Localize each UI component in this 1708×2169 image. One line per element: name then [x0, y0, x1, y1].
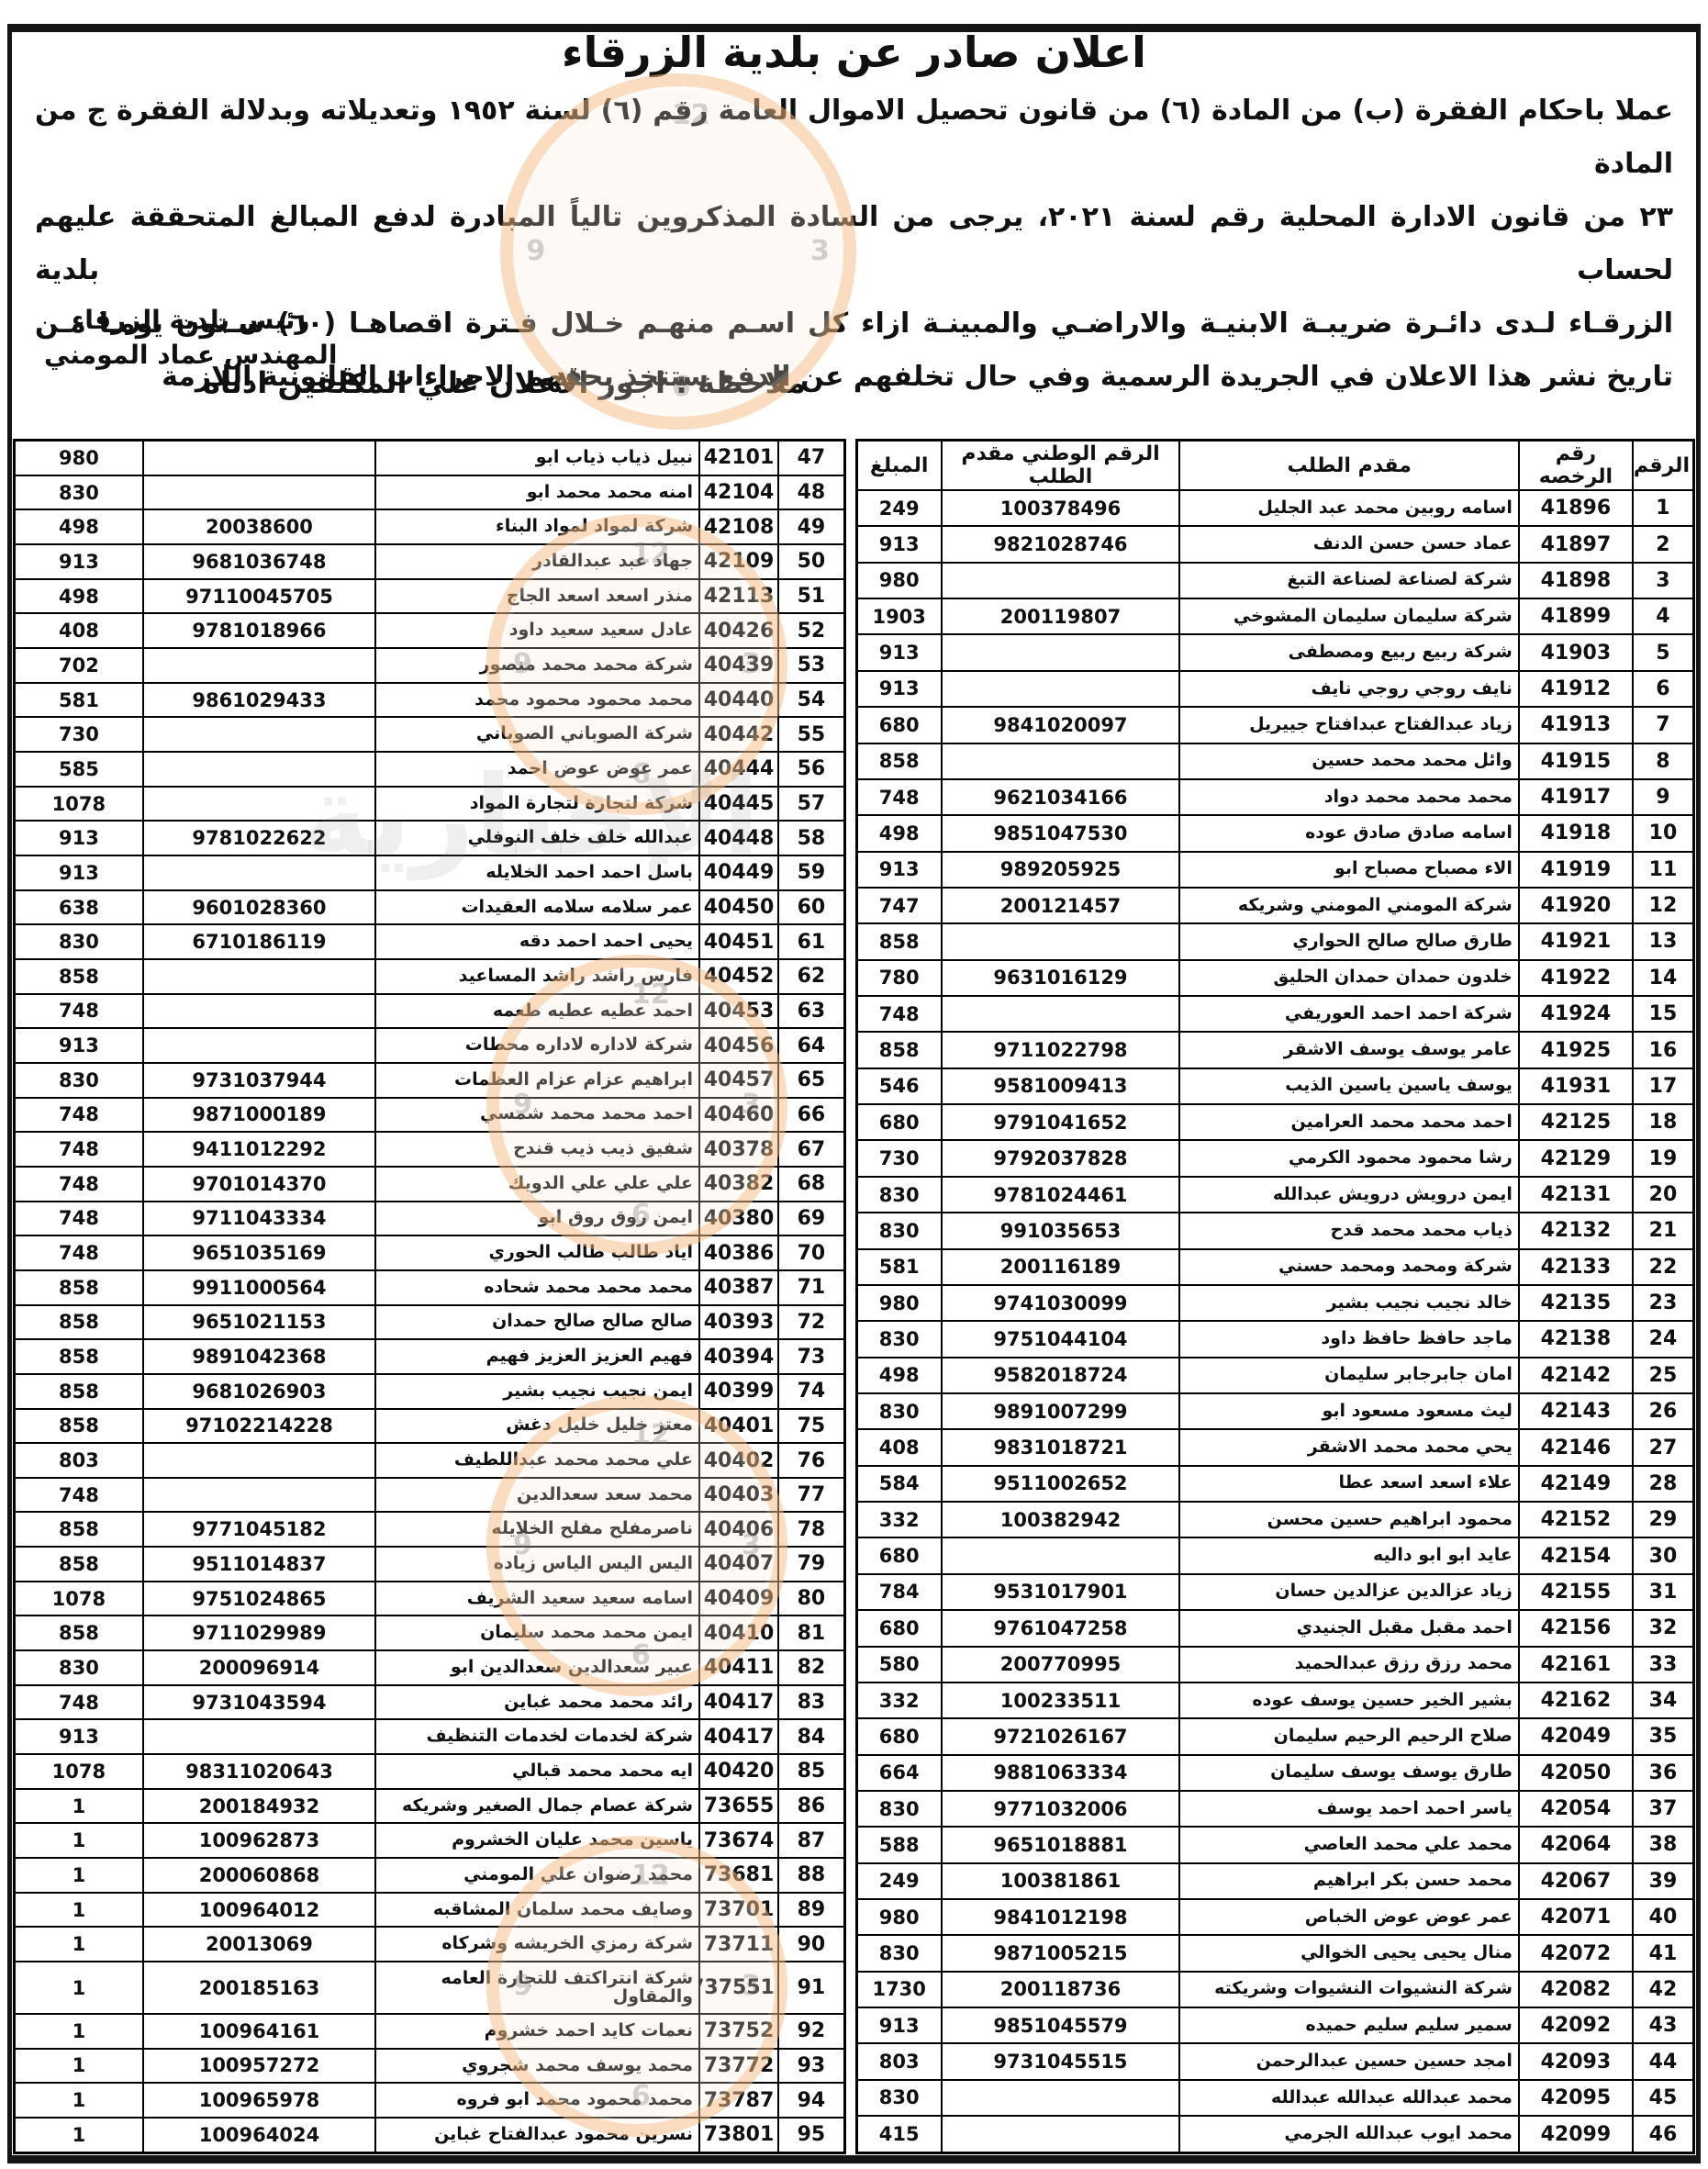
table-row: 4742101نبيل ذياب ذياب ابو980	[15, 441, 845, 475]
cell-amount: 830	[15, 475, 143, 510]
table-row: 7340394فهيم العزيز العزيز فهيم9891042368…	[15, 1339, 845, 1374]
cell-license: 42142	[1519, 1358, 1633, 1393]
cell-name: محمد محمود محمد ابو فروه	[375, 2083, 699, 2118]
cell-index: 5	[1633, 634, 1694, 670]
cell-national: 9631016129	[942, 960, 1180, 996]
cell-license: 40442	[699, 717, 778, 752]
cell-amount: 546	[856, 1068, 941, 1104]
table-row: 7940407اليس اليس الياس زياده951101483785…	[15, 1547, 845, 1582]
table-row: 6740378شفيق ذيب ذيب قندح9411012292748	[15, 1132, 845, 1167]
table-row: 3542049صلاح الرحيم الرحيم سليمان97210261…	[856, 1718, 1693, 1754]
cell-amount: 748	[15, 1685, 143, 1720]
cell-amount: 680	[856, 1537, 941, 1573]
cell-name: نعمات كايد احمد خشروم	[375, 2014, 699, 2049]
cell-index: 85	[778, 1754, 844, 1789]
cell-national: 9751024865	[143, 1582, 375, 1616]
cell-name: امنه محمد محمد ابو	[375, 475, 699, 510]
announcement-line: عملا باحكام الفقرة (ب) من المادة (٦) من …	[35, 84, 1673, 191]
cell-license: 40449	[699, 855, 778, 890]
cell-index: 14	[1633, 960, 1694, 996]
cell-license: 40440	[699, 683, 778, 718]
cell-national	[942, 996, 1180, 1032]
cell-amount: 580	[856, 1647, 941, 1683]
cell-name: علاء اسعد اسعد عطا	[1179, 1466, 1518, 1502]
table-row: 3342161محمد رزق رزق عبدالحميد20077099558…	[856, 1647, 1693, 1683]
cell-license: 42099	[1519, 2116, 1633, 2152]
cell-license: 40399	[699, 1374, 778, 1409]
cell-national: 100962873	[143, 1823, 375, 1858]
cell-national: 9871000189	[143, 1098, 375, 1133]
table-row: 1741931يوسف ياسين ياسين الذيب95810094135…	[856, 1068, 1693, 1104]
cell-license: 40451	[699, 924, 778, 959]
cell-national: 9711043334	[143, 1202, 375, 1236]
cell-name: شركة رمزي الخريشه وشركاه	[375, 1927, 699, 1962]
cell-amount: 1	[15, 1927, 143, 1962]
cell-national: 9511002652	[942, 1466, 1180, 1502]
table-row: 6640460احمد محمد محمد شمسي9871000189748	[15, 1098, 845, 1133]
cell-name: ايمن محمد محمد سليمان	[375, 1616, 699, 1650]
table-row: 241897عماد حسن حسن الدنف9821028746913	[856, 526, 1693, 562]
cell-amount: 780	[856, 960, 941, 996]
cell-amount: 680	[856, 1610, 941, 1646]
cell-national: 9871005215	[942, 1935, 1180, 1971]
cell-amount: 747	[856, 888, 941, 923]
cell-index: 13	[1633, 923, 1694, 959]
cell-name: الاء مصباح مصباح ابو	[1179, 852, 1518, 888]
cell-amount: 830	[856, 1393, 941, 1429]
cell-national: 97110045705	[143, 579, 375, 614]
cell-national: 100957272	[143, 2049, 375, 2084]
cell-national: 9911000564	[143, 1270, 375, 1305]
cell-name: منال يحيى يحيى الخوالي	[1179, 1935, 1518, 1971]
cell-license: 42054	[1519, 1791, 1633, 1827]
cell-license: 42138	[1519, 1321, 1633, 1357]
cell-index: 95	[778, 2118, 844, 2153]
cell-index: 59	[778, 855, 844, 890]
cell-license: 41913	[1519, 707, 1633, 743]
cell-name: محمد يوسف محمد شجروي	[375, 2049, 699, 2084]
cell-name: ايمن درويش درويش عبدالله	[1179, 1177, 1518, 1213]
cell-license: 42162	[1519, 1683, 1633, 1718]
cell-name: محمد سعد سعدالدين	[375, 1478, 699, 1513]
cell-license: 42082	[1519, 1972, 1633, 2007]
table-row: 2742146يحي محمد محمد الاشقر9831018721408	[856, 1429, 1693, 1465]
cell-name: ايمن روق روق ابو	[375, 1202, 699, 1236]
cell-amount: 858	[15, 1305, 143, 1340]
cell-name: عماد حسن حسن الدنف	[1179, 526, 1518, 562]
table-row: 6440456شركة لاداره لاداره محطات913	[15, 1028, 845, 1063]
table-row: 1942129رشا محمود محمود الكرمي97920378287…	[856, 1140, 1693, 1176]
table-row: 9273752نعمات كايد احمد خشروم1009641611	[15, 2014, 845, 2049]
table-row: 441899شركة سليمان سليمان المشوخي20011980…	[856, 598, 1693, 634]
cell-name: امان جابرجابر سليمان	[1179, 1358, 1518, 1393]
cell-amount: 1	[15, 1789, 143, 1824]
cell-amount: 858	[856, 923, 941, 959]
cell-name: سمير سليم سليم حميده	[1179, 2007, 1518, 2043]
table-row: 8773674ياسين محمد عليان الخشروم100962873…	[15, 1823, 845, 1858]
cell-license: 42156	[1519, 1610, 1633, 1646]
cell-name: رشا محمود محمود الكرمي	[1179, 1140, 1518, 1176]
cell-national	[143, 1719, 375, 1754]
cell-name: احمد مقبل مقبل الجنيدي	[1179, 1610, 1518, 1646]
cell-index: 66	[778, 1098, 844, 1133]
cell-index: 33	[1633, 1647, 1694, 1683]
cell-index: 64	[778, 1028, 844, 1063]
cell-index: 58	[778, 821, 844, 855]
cell-index: 7	[1633, 707, 1694, 743]
cell-name: عبير سعدالدين سعدالدين ابو	[375, 1650, 699, 1685]
cell-name: محمد حسن بكر ابراهيم	[1179, 1863, 1518, 1899]
cell-index: 92	[778, 2014, 844, 2049]
cell-name: احمد عطيه عطيه طعمه	[375, 994, 699, 1029]
cell-index: 43	[1633, 2007, 1694, 2043]
cell-license: 41924	[1519, 996, 1633, 1032]
cell-license: 41922	[1519, 960, 1633, 996]
cell-license: 42049	[1519, 1718, 1633, 1754]
cell-name: اياد طالب طالب الحوري	[375, 1235, 699, 1270]
cell-index: 49	[778, 509, 844, 544]
cell-amount: 585	[15, 752, 143, 787]
cell-amount: 1903	[856, 598, 941, 634]
cell-amount: 581	[856, 1249, 941, 1285]
table-row: 341898شركة لصناعة لصناعة التبغ980	[856, 563, 1693, 598]
cell-index: 55	[778, 717, 844, 752]
cell-amount: 803	[15, 1443, 143, 1478]
table-row: 9473787محمد محمود محمد ابو فروه100965978…	[15, 2083, 845, 2118]
cell-amount: 784	[856, 1574, 941, 1610]
cell-national	[942, 1537, 1180, 1573]
cell-national: 9891007299	[942, 1393, 1180, 1429]
cell-amount: 913	[856, 852, 941, 888]
cell-national: 9511014837	[143, 1547, 375, 1582]
cell-name: معتز خليل خليل دغش	[375, 1409, 699, 1444]
table-row: 6340453احمد عطيه عطيه طعمه748	[15, 994, 845, 1029]
cell-amount: 1078	[15, 1754, 143, 1789]
cell-license: 40386	[699, 1235, 778, 1270]
cell-amount: 249	[856, 1863, 941, 1899]
cell-amount: 913	[15, 1028, 143, 1063]
cell-license: 40380	[699, 1202, 778, 1236]
cell-national: 200185163	[143, 1962, 375, 2014]
cell-amount: 1	[15, 2049, 143, 2084]
announcement-page: اعلان صادر عن بلدية الزرقاء عملا باحكام …	[0, 0, 1708, 2169]
header-national-id: الرقم الوطني مقدم الطلب	[942, 441, 1180, 491]
cell-index: 42	[1633, 1972, 1694, 2007]
cell-national	[143, 475, 375, 510]
cell-national	[143, 717, 375, 752]
cell-index: 35	[1633, 1718, 1694, 1754]
page-title: اعلان صادر عن بلدية الزرقاء	[0, 28, 1708, 77]
cell-index: 32	[1633, 1610, 1694, 1646]
table-row: 6540457ابراهيم عزام عزام العظمات97310379…	[15, 1063, 845, 1098]
table-row: 1241920شركة المومني المومني وشريكه200121…	[856, 888, 1693, 923]
cell-national: 100382942	[942, 1502, 1180, 1537]
cell-name: علي علي علي الدويك	[375, 1167, 699, 1202]
cell-name: صلاح الرحيم الرحيم سليمان	[1179, 1718, 1518, 1754]
cell-license: 73681	[699, 1858, 778, 1893]
cell-amount: 913	[15, 1719, 143, 1754]
cell-license: 42152	[1519, 1502, 1633, 1537]
cell-national: 100964024	[143, 2118, 375, 2153]
cell-name: ايمن نجيب نجيب بشير	[375, 1374, 699, 1409]
cell-name: بشير الخير حسين يوسف عوده	[1179, 1683, 1518, 1718]
cell-license: 40420	[699, 1754, 778, 1789]
cell-amount: 858	[15, 959, 143, 994]
cell-national: 9681026903	[143, 1374, 375, 1409]
table-right-wrap: الرقم رقم الرخصه مقدم الطلب الرقم الوطني…	[855, 439, 1695, 2154]
cell-national: 9731037944	[143, 1063, 375, 1098]
cell-name: خلدون حمدان حمدان الحليق	[1179, 960, 1518, 996]
cell-amount: 332	[856, 1502, 941, 1537]
cell-name: اسامه روبين محمد عبد الجليل	[1179, 490, 1518, 526]
cell-index: 53	[778, 648, 844, 683]
cell-amount: 913	[15, 544, 143, 579]
cell-index: 80	[778, 1582, 844, 1616]
cell-amount: 830	[15, 1063, 143, 1098]
cell-license: 40409	[699, 1582, 778, 1616]
table-row: 5540442شركة الصوباني الصوباني730	[15, 717, 845, 752]
cell-name: يحي محمد محمد الاشقر	[1179, 1429, 1518, 1465]
cell-index: 37	[1633, 1791, 1694, 1827]
table-row: 4142072منال يحيى يحيى الخوالي98710052158…	[856, 1935, 1693, 1971]
cell-national: 9851045579	[942, 2007, 1180, 2043]
cell-license: 40402	[699, 1443, 778, 1478]
cell-index: 15	[1633, 996, 1694, 1032]
cell-name: نبيل ذياب ذياب ابو	[375, 441, 699, 475]
cell-index: 12	[1633, 888, 1694, 923]
table-row: 8973701وصايف محمد سلمان المشاقبه10096401…	[15, 1893, 845, 1928]
cell-name: شركة لصناعة لصناعة التبغ	[1179, 563, 1518, 598]
table-row: 1341921طارق صالح صالح الحواري858	[856, 923, 1693, 959]
cell-national: 9711022798	[942, 1032, 1180, 1068]
table-row: 6840382علي علي علي الدويك9701014370748	[15, 1167, 845, 1202]
cell-index: 23	[1633, 1285, 1694, 1321]
cell-license: 41918	[1519, 815, 1633, 851]
cell-license: 73674	[699, 1823, 778, 1858]
cell-amount: 588	[856, 1827, 941, 1862]
cell-amount: 748	[15, 1235, 143, 1270]
table-row: 2942152محمود ابراهيم حسين محسن1003829423…	[856, 1502, 1693, 1537]
table-row: 1041918اسامه صادق صادق عوده9851047530498	[856, 815, 1693, 851]
cell-national: 9741030099	[942, 1285, 1180, 1321]
cell-national: 100381861	[942, 1863, 1180, 1899]
cell-amount: 830	[15, 924, 143, 959]
table-row: 4842104امنه محمد محمد ابو830	[15, 475, 845, 510]
cell-index: 27	[1633, 1429, 1694, 1465]
cell-national: 9761047258	[942, 1610, 1180, 1646]
cell-name: شركة عصام جمال الصغير وشريكه	[375, 1789, 699, 1824]
cell-index: 38	[1633, 1827, 1694, 1862]
cell-amount: 913	[856, 2007, 941, 2043]
cell-amount: 980	[15, 441, 143, 475]
table-row: 2842149علاء اسعد اسعد عطا9511002652584	[856, 1466, 1693, 1502]
cell-amount: 858	[15, 1512, 143, 1547]
cell-index: 89	[778, 1893, 844, 1928]
cell-index: 72	[778, 1305, 844, 1340]
cell-name: شركة انتراكتف للتجارة العامه والمقاول	[375, 1962, 699, 2014]
cell-national: 9531017901	[942, 1574, 1180, 1610]
table-row: 2042131ايمن درويش درويش عبدالله978102446…	[856, 1177, 1693, 1213]
cell-amount: 980	[856, 1285, 941, 1321]
cell-amount: 1	[15, 2118, 143, 2153]
cell-index: 51	[778, 579, 844, 614]
cell-amount: 980	[856, 1899, 941, 1935]
cell-index: 24	[1633, 1321, 1694, 1357]
cell-license: 40456	[699, 1028, 778, 1063]
cell-amount: 830	[856, 1213, 941, 1248]
cell-name: محمد رضوان علي المومني	[375, 1858, 699, 1893]
cell-national: 20013069	[143, 1927, 375, 1962]
cell-license: 73787	[699, 2083, 778, 2118]
cell-national: 20038600	[143, 509, 375, 544]
cell-national: 9771045182	[143, 1512, 375, 1547]
cell-index: 60	[778, 890, 844, 925]
cell-name: جهاد عبد عبدالقادر	[375, 544, 699, 579]
cell-national	[143, 1478, 375, 1513]
cell-license: 42071	[1519, 1899, 1633, 1935]
taxpayers-table-left: 4742101نبيل ذياب ذياب ابو9804842104امنه …	[13, 439, 846, 2154]
cell-national: 200060868	[143, 1858, 375, 1893]
cell-amount: 830	[856, 1791, 941, 1827]
cell-index: 90	[778, 1927, 844, 1962]
cell-index: 41	[1633, 1935, 1694, 1971]
cell-national	[143, 855, 375, 890]
cell-name: شركة لخدمات لخدمات التنظيف	[375, 1719, 699, 1754]
table-row: 5940449باسل احمد احمد الخلايله913	[15, 855, 845, 890]
cell-license: 42101	[699, 441, 778, 475]
cell-amount: 980	[856, 563, 941, 598]
cell-amount: 748	[15, 1202, 143, 1236]
cell-amount: 748	[15, 1478, 143, 1513]
cell-license: 40452	[699, 959, 778, 994]
table-row: 3242156احمد مقبل مقبل الجنيدي97610472586…	[856, 1610, 1693, 1646]
cell-name: اسامه سعيد سعيد الشريف	[375, 1582, 699, 1616]
cell-amount: 913	[15, 855, 143, 890]
cell-name: زياد عبدالفتاح عبدافتاح جييريل	[1179, 707, 1518, 743]
cell-index: 6	[1633, 671, 1694, 707]
cell-license: 73701	[699, 1893, 778, 1928]
cell-name: نسرين محمود عبدالفتاح غباين	[375, 2118, 699, 2153]
cell-index: 62	[778, 959, 844, 994]
cell-index: 11	[1633, 852, 1694, 888]
cell-national: 9731043594	[143, 1685, 375, 1720]
table-row: 4442093امجد حسين حسين عبدالرحمن973104551…	[856, 2043, 1693, 2079]
cell-amount: 408	[856, 1429, 941, 1465]
cell-national: 200118736	[942, 1972, 1180, 2007]
cell-amount: 1	[15, 1823, 143, 1858]
cell-name: محمد رزق رزق عبدالحميد	[1179, 1647, 1518, 1683]
cell-name: صالح صالح صالح حمدان	[375, 1305, 699, 1340]
cell-license: 42155	[1519, 1574, 1633, 1610]
table-row: 5042109جهاد عبد عبدالقادر9681036748913	[15, 544, 845, 579]
cell-license: 40382	[699, 1167, 778, 1202]
cell-amount: 830	[856, 1935, 941, 1971]
cell-license: 40439	[699, 648, 778, 683]
cell-amount: 332	[856, 1683, 941, 1718]
cell-license: 40393	[699, 1305, 778, 1340]
cell-license: 737551	[699, 1962, 778, 2014]
table-row: 6040450عمر سلامه سلامه العقيدات960102836…	[15, 890, 845, 925]
cell-name: محمد علي محمد العاصي	[1179, 1827, 1518, 1862]
cell-national: 9841012198	[942, 1899, 1180, 1935]
cell-name: عمر عوض عوض الخباص	[1179, 1899, 1518, 1935]
cell-amount: 1078	[15, 787, 143, 822]
cell-national: 9601028360	[143, 890, 375, 925]
cell-index: 36	[1633, 1755, 1694, 1791]
cell-amount: 830	[856, 1177, 941, 1213]
header-license: رقم الرخصه	[1519, 441, 1633, 491]
table-row: 4542095محمد عبدالله عبدالله عبدالله830	[856, 2080, 1693, 2116]
cell-index: 18	[1633, 1104, 1694, 1140]
table-row: 7140387محمد محمد محمد شحاده9911000564858	[15, 1270, 845, 1305]
cell-index: 28	[1633, 1466, 1694, 1502]
cell-name: محمد ايوب عبدالله الجرمي	[1179, 2116, 1518, 2152]
cell-national: 9821028746	[942, 526, 1180, 562]
table-row: 5640444عمر عوض عوض احمد585	[15, 752, 845, 787]
table-row: 3142155زياد عزالدين عزالدين حسان95310179…	[856, 1574, 1693, 1610]
cell-index: 77	[778, 1478, 844, 1513]
cell-amount: 498	[15, 509, 143, 544]
cell-national: 9582018724	[942, 1358, 1180, 1393]
cell-amount: 1078	[15, 1582, 143, 1616]
signature-block: رئيس بلدية الزرقاء المهندس عماد المومني	[44, 303, 337, 373]
cell-name: امجد حسين حسين عبدالرحمن	[1179, 2043, 1518, 2079]
cell-amount: 702	[15, 648, 143, 683]
cell-name: شركة لتجارة لتجارة المواد	[375, 787, 699, 822]
cell-national: 9771032006	[942, 1791, 1180, 1827]
cell-index: 30	[1633, 1537, 1694, 1573]
cell-index: 91	[778, 1962, 844, 2014]
cell-amount: 748	[15, 1167, 143, 1202]
cell-name: خالد نجيب نجيب بشير	[1179, 1285, 1518, 1321]
cell-license: 42104	[699, 475, 778, 510]
cell-license: 40403	[699, 1478, 778, 1513]
cell-amount: 748	[15, 1098, 143, 1133]
cell-index: 57	[778, 787, 844, 822]
table-row: 3742054ياسر احمد احمد يوسف9771032006830	[856, 1791, 1693, 1827]
cell-license: 40445	[699, 787, 778, 822]
cell-amount: 748	[856, 779, 941, 815]
cell-name: ابراهيم عزام عزام العظمات	[375, 1063, 699, 1098]
cell-national: 100378496	[942, 490, 1180, 526]
table-left-wrap: 4742101نبيل ذياب ذياب ابو9804842104امنه …	[13, 439, 846, 2154]
cell-index: 83	[778, 1685, 844, 1720]
header-index: الرقم	[1633, 441, 1694, 491]
cell-license: 41931	[1519, 1068, 1633, 1104]
cell-amount: 249	[856, 490, 941, 526]
cell-national: 98311020643	[143, 1754, 375, 1789]
cell-name: فهيم العزيز العزيز فهيم	[375, 1339, 699, 1374]
cell-license: 42135	[1519, 1285, 1633, 1321]
table-row: 8240411عبير سعدالدين سعدالدين ابو2000969…	[15, 1650, 845, 1685]
cell-amount: 913	[856, 634, 941, 670]
header-amount: المبلغ	[856, 441, 941, 491]
cell-name: عمر عوض عوض احمد	[375, 752, 699, 787]
cell-national: 9831018721	[942, 1429, 1180, 1465]
cell-name: عايد ابو ابو داليه	[1179, 1537, 1518, 1573]
cell-license: 42125	[1519, 1104, 1633, 1140]
cell-amount: 858	[15, 1409, 143, 1444]
cell-license: 40460	[699, 1098, 778, 1133]
cell-index: 79	[778, 1547, 844, 1582]
cell-license: 41915	[1519, 743, 1633, 779]
cell-national	[942, 563, 1180, 598]
cell-national: 200116189	[942, 1249, 1180, 1285]
cell-name: ياسر احمد احمد يوسف	[1179, 1791, 1518, 1827]
cell-national: 9581009413	[942, 1068, 1180, 1104]
cell-amount: 913	[856, 671, 941, 707]
table-row: 5840448عبدالله خلف خلف النوفلي9781022622…	[15, 821, 845, 855]
